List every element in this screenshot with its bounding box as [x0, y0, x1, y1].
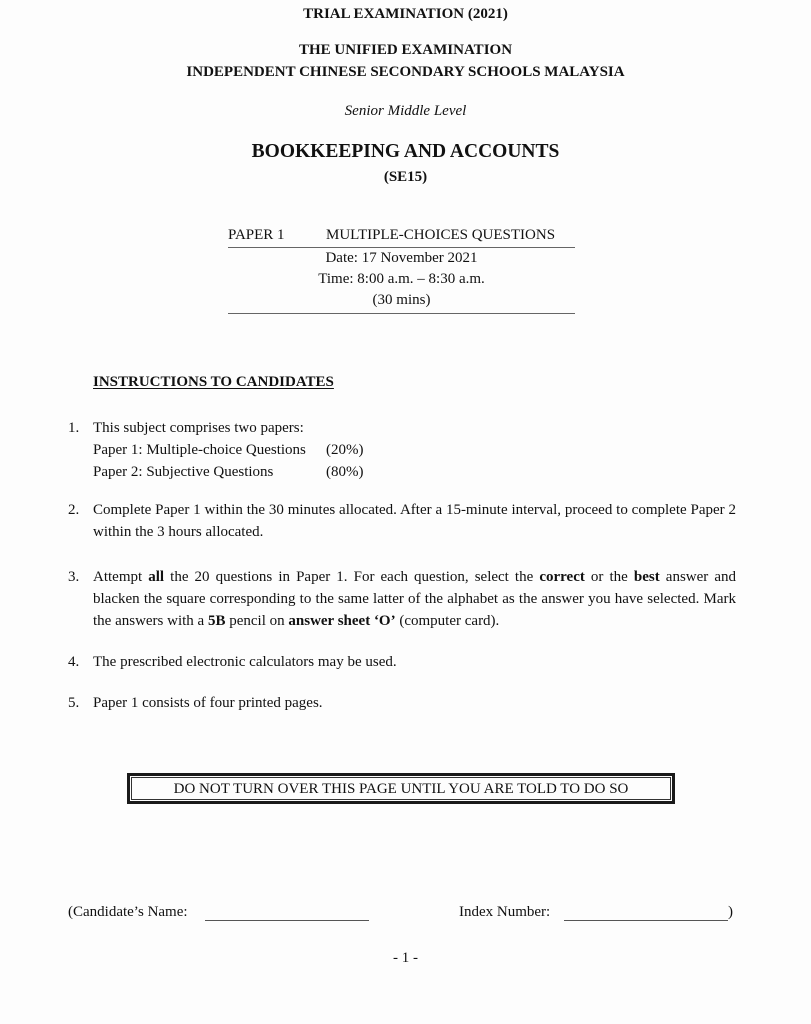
item-text: The prescribed electronic calculators ma…: [93, 651, 736, 673]
item-number: 4.: [68, 651, 79, 673]
candidate-details: (Candidate’s Name: Index Number: ): [0, 904, 811, 926]
instructions-heading: INSTRUCTIONS TO CANDIDATES: [93, 374, 334, 391]
paper-schedule: Date: 17 November 2021 Time: 8:00 a.m. –…: [228, 248, 575, 314]
emphasis-text: 5B: [208, 613, 226, 629]
paper-weight-row: Paper 1: Multiple-choice Questions (20%): [93, 439, 736, 461]
candidate-name-label: (Candidate’s Name:: [68, 904, 188, 921]
exam-level: Senior Middle Level: [0, 103, 811, 120]
exam-time: Time: 8:00 a.m. – 8:30 a.m.: [228, 269, 575, 290]
paper-weight-label: Paper 2: Subjective Questions: [93, 461, 273, 483]
board-name-line2: INDEPENDENT CHINESE SECONDARY SCHOOLS MA…: [0, 64, 811, 81]
text-segment: (computer card).: [396, 613, 500, 629]
subject-code: (SE15): [0, 169, 811, 186]
closing-parenthesis: ): [728, 904, 733, 921]
paper-type: MULTIPLE-CHOICES QUESTIONS: [326, 227, 555, 244]
index-number-field[interactable]: [564, 920, 728, 921]
item-text: Complete Paper 1 within the 30 minutes a…: [93, 499, 736, 543]
candidate-name-field[interactable]: [205, 920, 369, 921]
paper-row: PAPER 1 MULTIPLE-CHOICES QUESTIONS: [228, 227, 575, 248]
instruction-item: 5. Paper 1 consists of four printed page…: [68, 692, 736, 714]
notice-box: DO NOT TURN OVER THIS PAGE UNTIL YOU ARE…: [127, 773, 675, 804]
exam-date: Date: 17 November 2021: [228, 248, 575, 269]
paper-info-block: PAPER 1 MULTIPLE-CHOICES QUESTIONS Date:…: [228, 227, 575, 314]
instruction-item: 2. Complete Paper 1 within the 30 minute…: [68, 499, 736, 543]
item-number: 3.: [68, 566, 79, 588]
board-name-line1: THE UNIFIED EXAMINATION: [0, 42, 811, 59]
item-text: Attempt all the 20 questions in Paper 1.…: [93, 566, 736, 632]
page-number: - 1 -: [0, 950, 811, 967]
index-number-label: Index Number:: [459, 904, 550, 921]
text-segment: or the: [585, 569, 634, 585]
instruction-item: 1. This subject comprises two papers: Pa…: [68, 417, 736, 483]
paper-weight-row: Paper 2: Subjective Questions (80%): [93, 461, 736, 483]
paper-number: PAPER 1: [228, 227, 285, 244]
exam-duration: (30 mins): [228, 290, 575, 311]
notice-text: DO NOT TURN OVER THIS PAGE UNTIL YOU ARE…: [131, 777, 671, 800]
instruction-item: 4. The prescribed electronic calculators…: [68, 651, 736, 673]
exam-title: TRIAL EXAMINATION (2021): [0, 6, 811, 23]
emphasis-text: best: [634, 569, 660, 585]
instruction-item: 3. Attempt all the 20 questions in Paper…: [68, 566, 736, 632]
text-segment: the 20 questions in Paper 1. For each qu…: [164, 569, 539, 585]
item-text: This subject comprises two papers:: [93, 417, 736, 439]
emphasis-text: all: [148, 569, 164, 585]
emphasis-text: correct: [539, 569, 585, 585]
text-segment: pencil on: [225, 613, 288, 629]
paper-weight-value: (80%): [326, 461, 364, 483]
item-number: 1.: [68, 417, 79, 439]
emphasis-text: answer sheet ‘O’: [288, 613, 395, 629]
item-text: Paper 1 consists of four printed pages.: [93, 692, 736, 714]
subject-title: BOOKKEEPING AND ACCOUNTS: [0, 141, 811, 163]
item-number: 5.: [68, 692, 79, 714]
paper-weight-value: (20%): [326, 439, 364, 461]
paper-weight-label: Paper 1: Multiple-choice Questions: [93, 439, 306, 461]
item-number: 2.: [68, 499, 79, 521]
text-segment: Attempt: [93, 569, 148, 585]
